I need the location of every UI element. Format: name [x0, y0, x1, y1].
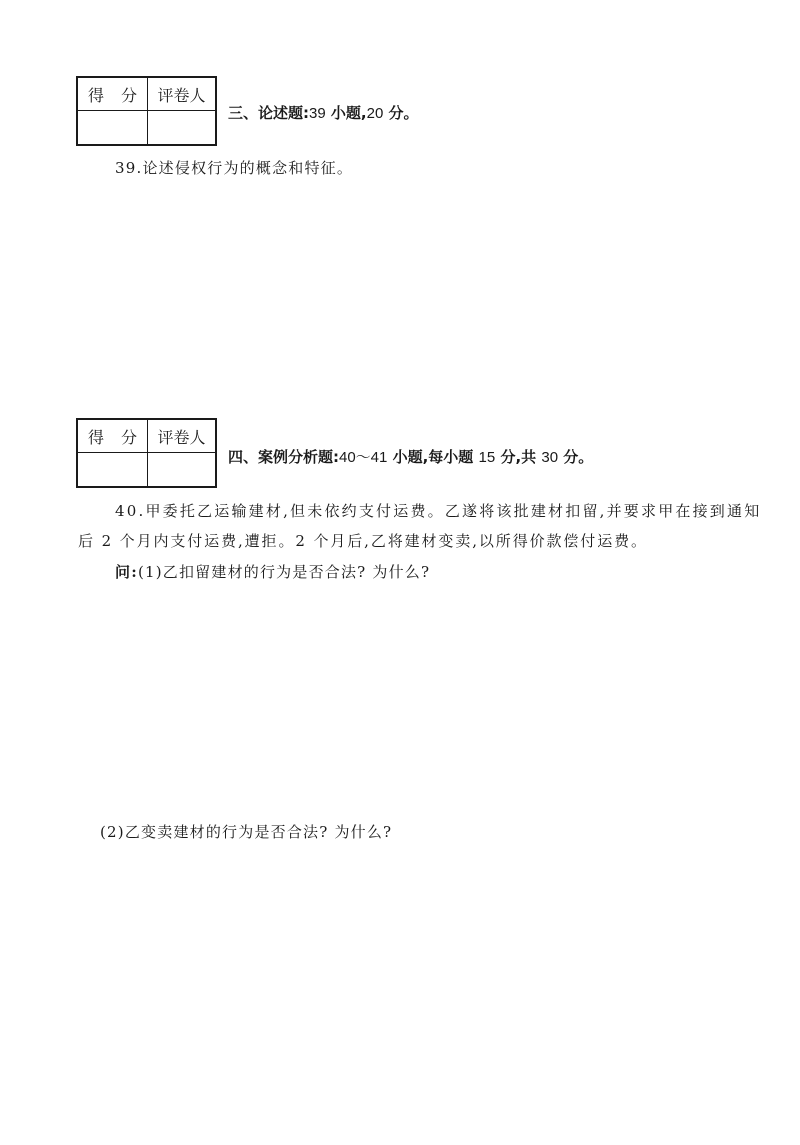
score-table-section-3: 得 分 评卷人	[76, 76, 217, 146]
case-text-line-2: 后 2 个月内支付运费,遭拒。2 个月后,乙将建材变卖,以所得价款偿付运费。	[78, 532, 648, 550]
heading-points: 20	[367, 105, 384, 122]
section-heading-3: 三、论述题:39 小题,20 分。	[228, 102, 419, 123]
grader-value-cell[interactable]	[148, 111, 215, 144]
question-text: 论述侵权行为的概念和特征。	[142, 159, 353, 177]
answer-area-q40-1[interactable]	[76, 590, 766, 805]
score-value-cell[interactable]	[78, 111, 148, 144]
heading-mid-2: 分,共	[495, 448, 541, 466]
case-40-line-2: 后 2 个月内支付运费,遭拒。2 个月后,乙将建材变卖,以所得价款偿付运费。	[78, 530, 648, 551]
heading-prefix: 三、论述题:	[228, 104, 309, 122]
score-table-section-4: 得 分 评卷人	[76, 418, 217, 488]
answer-area-q39[interactable]	[76, 185, 766, 405]
sub-question-2: (2)乙变卖建材的行为是否合法? 为什么?	[100, 821, 392, 842]
grader-header: 评卷人	[148, 78, 215, 111]
case-40-line-1: 40.甲委托乙运输建材,但未依约支付运费。乙遂将该批建材扣留,并要求甲在接到通知	[115, 500, 761, 521]
score-header-char-2: 分	[121, 425, 137, 448]
score-header: 得 分	[78, 78, 148, 111]
heading-suffix: 分。	[558, 448, 593, 466]
grader-value-cell[interactable]	[148, 453, 215, 486]
sub-question-1: 问:(1)乙扣留建材的行为是否合法? 为什么?	[115, 561, 430, 582]
score-value-cell[interactable]	[78, 453, 148, 486]
score-header-char-2: 分	[121, 83, 137, 106]
ask-label: 问:	[115, 563, 138, 581]
heading-points-total: 30	[541, 449, 558, 466]
heading-points-each: 15	[479, 449, 496, 466]
score-header-char-1: 得	[88, 83, 104, 106]
question-number: 39.	[115, 159, 142, 177]
case-text-line-1: 甲委托乙运输建材,但未依约支付运费。乙遂将该批建材扣留,并要求甲在接到通知	[145, 502, 761, 520]
section-heading-4: 四、案例分析题:40～41 小题,每小题 15 分,共 30 分。	[228, 446, 593, 467]
score-header-char-1: 得	[88, 425, 104, 448]
score-header: 得 分	[78, 420, 148, 453]
heading-prefix: 四、案例分析题:	[228, 448, 339, 466]
grader-header: 评卷人	[148, 420, 215, 453]
heading-mid: 小题,	[326, 104, 367, 122]
case-number: 40.	[115, 502, 145, 520]
question-39: 39.论述侵权行为的概念和特征。	[115, 157, 353, 178]
sub-question-2-text: (2)乙变卖建材的行为是否合法? 为什么?	[100, 823, 392, 841]
heading-question-count: 39	[309, 105, 326, 122]
answer-area-q40-2[interactable]	[76, 850, 766, 1130]
heading-suffix: 分。	[383, 104, 418, 122]
sub-question-1-text: (1)乙扣留建材的行为是否合法? 为什么?	[138, 563, 430, 581]
heading-mid-1: 小题,每小题	[387, 448, 478, 466]
heading-question-range: 40～41	[339, 449, 387, 466]
